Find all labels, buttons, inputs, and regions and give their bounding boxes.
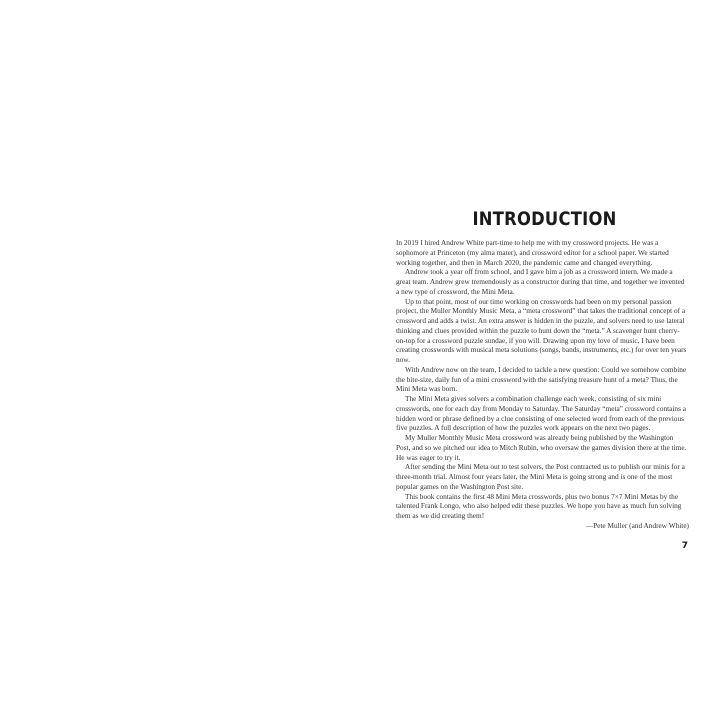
paragraph: With Andrew now on the team, I decided t…: [396, 365, 689, 394]
paragraph: My Muller Monthly Music Meta crossword w…: [396, 433, 689, 462]
paragraph: Up to that point, most of our time worki…: [396, 297, 689, 365]
book-page: INTRODUCTION In 2019 I hired Andrew Whit…: [396, 200, 689, 551]
paragraph: In 2019 I hired Andrew White part-time t…: [396, 238, 689, 267]
page-number: 7: [396, 541, 689, 551]
introduction-body: In 2019 I hired Andrew White part-time t…: [396, 238, 689, 521]
page-title: INTRODUCTION: [420, 208, 669, 230]
paragraph: The Mini Meta gives solvers a combinatio…: [396, 394, 689, 433]
paragraph: After sending the Mini Meta out to test …: [396, 462, 689, 491]
paragraph: Andrew took a year off from school, and …: [396, 267, 689, 296]
author-signature: —Pete Muller (and Andrew White): [396, 521, 689, 531]
paragraph: This book contains the first 48 Mini Met…: [396, 492, 689, 521]
